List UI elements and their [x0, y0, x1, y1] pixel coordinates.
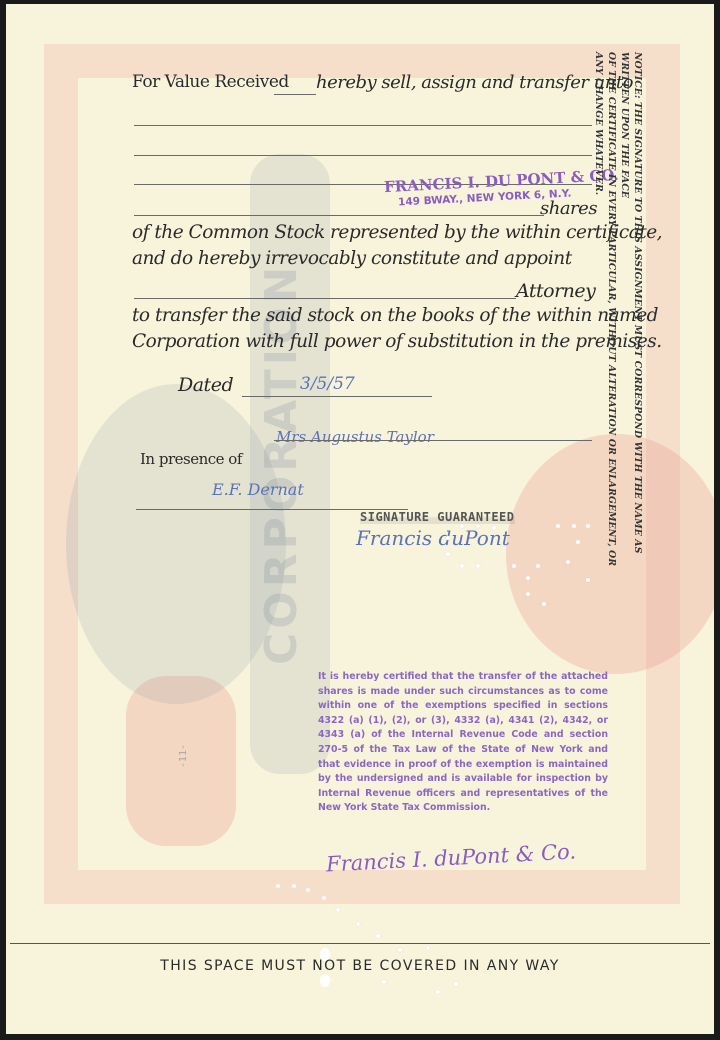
notice-line-1: NOTICE: THE SIGNATURE TO THIS ASSIGNMENT…	[618, 52, 644, 572]
tax-exemption-certification: It is hereby certified that the transfer…	[318, 670, 608, 816]
signature-guaranteed-stamp: SIGNATURE GUARANTEED	[360, 510, 515, 524]
dated-label: Dated	[178, 374, 233, 396]
constitute-appoint-text: and do hereby irrevocably constitute and…	[132, 248, 572, 269]
in-presence-of-label: In presence of	[140, 450, 242, 468]
handwritten-witness-signature: E.F. Dernat	[212, 480, 304, 499]
shares-line	[134, 215, 544, 216]
do-not-cover-notice: THIS SPACE MUST NOT BE COVERED IN ANY WA…	[6, 958, 714, 974]
value-received-rule	[274, 94, 316, 95]
signer-signature-line	[274, 440, 592, 441]
transfer-stock-text: to transfer the said stock on the books …	[132, 305, 658, 326]
show-through-corporation-text: CORPORATION	[256, 224, 316, 704]
punch-hole-bottom	[320, 974, 330, 987]
handwritten-date: 3/5/57	[300, 374, 355, 394]
hereby-sell-text: hereby sell, assign and transfer unto	[316, 72, 633, 93]
notice-line-2: OF THE CERTIFICATE IN EVERY PARTICULAR, …	[592, 52, 618, 572]
bottom-divider	[10, 943, 710, 944]
common-stock-text: of the Common Stock represented by the w…	[132, 222, 662, 243]
date-line	[242, 396, 432, 397]
attorney-label: Attorney	[516, 280, 595, 302]
shares-label: shares	[540, 198, 597, 219]
handwritten-signer-signature: Mrs Augustus Taylor	[276, 428, 434, 446]
assignee-line-1	[134, 125, 592, 126]
attorney-line	[134, 298, 516, 299]
for-value-received-label: For Value Received	[132, 72, 289, 92]
certificate-back: CORPORATION -11- For Value Received here…	[6, 4, 714, 1034]
show-through-number-mark: -11-	[178, 744, 189, 768]
corporation-substitution-text: Corporation with full power of substitut…	[132, 331, 662, 352]
assignee-line-2	[134, 155, 592, 156]
handwritten-guarantor-signature: Francis duPont	[356, 526, 510, 550]
signature-notice: NOTICE: THE SIGNATURE TO THIS ASSIGNMENT…	[592, 52, 644, 572]
